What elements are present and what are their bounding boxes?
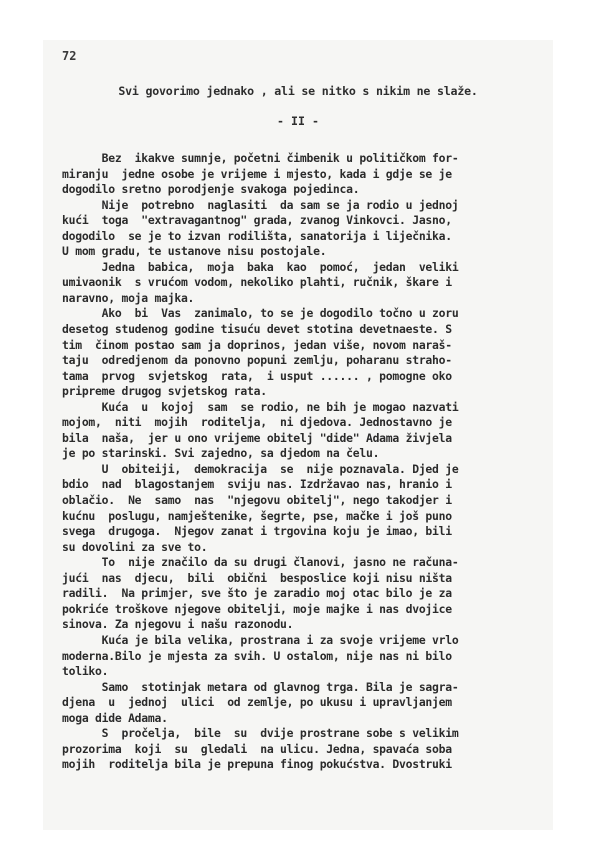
text-line: mojih roditelja bila je prepuna finog po…: [62, 757, 542, 773]
text-line: djena u jednoj ulici od zemlje, po ukusu…: [62, 695, 542, 711]
text-line: bila naša, jer u ono vrijeme obitelj "di…: [62, 431, 542, 447]
text-line: kućnu poslugu, namještenike, šegrte, pse…: [62, 509, 542, 525]
text-line: To nije značilo da su drugi članovi, jas…: [62, 555, 542, 571]
text-line: Kuća je bila velika, prostrana i za svoj…: [62, 633, 542, 649]
text-line: pokriće troškove njegove obitelji, moje …: [62, 602, 542, 618]
text-line: Bez ikakve sumnje, početni čimbenik u po…: [62, 151, 542, 167]
text-line: tama prvog svjetskog rata, i usput .....…: [62, 369, 542, 385]
section-heading: - II -: [62, 114, 534, 128]
text-line: svega drugoga. Njegov zanat i trgovina k…: [62, 524, 542, 540]
text-line: pripreme drugog svjetskog rata.: [62, 384, 542, 400]
text-line: su dovolini za sve to.: [62, 540, 542, 556]
text-line: je po starinski. Svi zajedno, sa djedom …: [62, 446, 542, 462]
text-line: oblačio. Ne samo nas "njegovu obitelj", …: [62, 493, 542, 509]
page-number: 72: [62, 49, 76, 63]
text-line: jući nas djecu, bili obični besposlice k…: [62, 571, 542, 587]
text-line: U obiteiji, demokracija se nije poznaval…: [62, 462, 542, 478]
text-line: prozorima koji su gledali na ulicu. Jedn…: [62, 742, 542, 758]
text-line: toliko.: [62, 664, 542, 680]
text-line: S pročelja, bile su dvije prostrane sobe…: [62, 726, 542, 742]
epigraph: Svi govorimo jednako , ali se nitko s ni…: [62, 84, 534, 98]
text-line: Jedna babica, moja baka kao pomoć, jedan…: [62, 260, 542, 276]
text-line: sinova. Za njegovu i našu razonodu.: [62, 617, 542, 633]
text-line: Kuća u kojoj sam se rodio, ne bih je mog…: [62, 400, 542, 416]
text-line: Samo stotinjak metara od glavnog trga. B…: [62, 680, 542, 696]
text-line: Nije potrebno naglasiti da sam se ja rod…: [62, 198, 542, 214]
text-line: naravno, moja majka.: [62, 291, 542, 307]
text-line: radili. Na primjer, sve što je zaradio m…: [62, 586, 542, 602]
text-line: Ako bi Vas zanimalo, to se je dogodilo t…: [62, 306, 542, 322]
text-line: taju odredjenom da ponovno popuni zemlju…: [62, 353, 542, 369]
body-text: Bez ikakve sumnje, početni čimbenik u po…: [62, 151, 542, 773]
text-line: miranju jedne osobe je vrijeme i mjesto,…: [62, 167, 542, 183]
text-line: dogodilo se je to izvan rodilišta, sanat…: [62, 229, 542, 245]
text-line: moderna.Bilo je mjesta za svih. U ostalo…: [62, 649, 542, 665]
text-line: kući toga "extravagantnog" grada, zvanog…: [62, 213, 542, 229]
text-line: tim činom postao sam ja doprinos, jedan …: [62, 338, 542, 354]
text-line: dogodilo sretno porodjenje svakoga pojed…: [62, 182, 542, 198]
text-line: moga dide Adama.: [62, 711, 542, 727]
text-line: bdio nad blagostanjem sviju nas. Izdržav…: [62, 477, 542, 493]
text-line: mojom, niti mojih roditelja, ni djedova.…: [62, 415, 542, 431]
text-line: umivaonik s vrućom vodom, nekoliko plaht…: [62, 275, 542, 291]
text-line: U mom gradu, te ustanove nisu postojale.: [62, 244, 542, 260]
text-line: desetog studenog godine tisuću devet sto…: [62, 322, 542, 338]
